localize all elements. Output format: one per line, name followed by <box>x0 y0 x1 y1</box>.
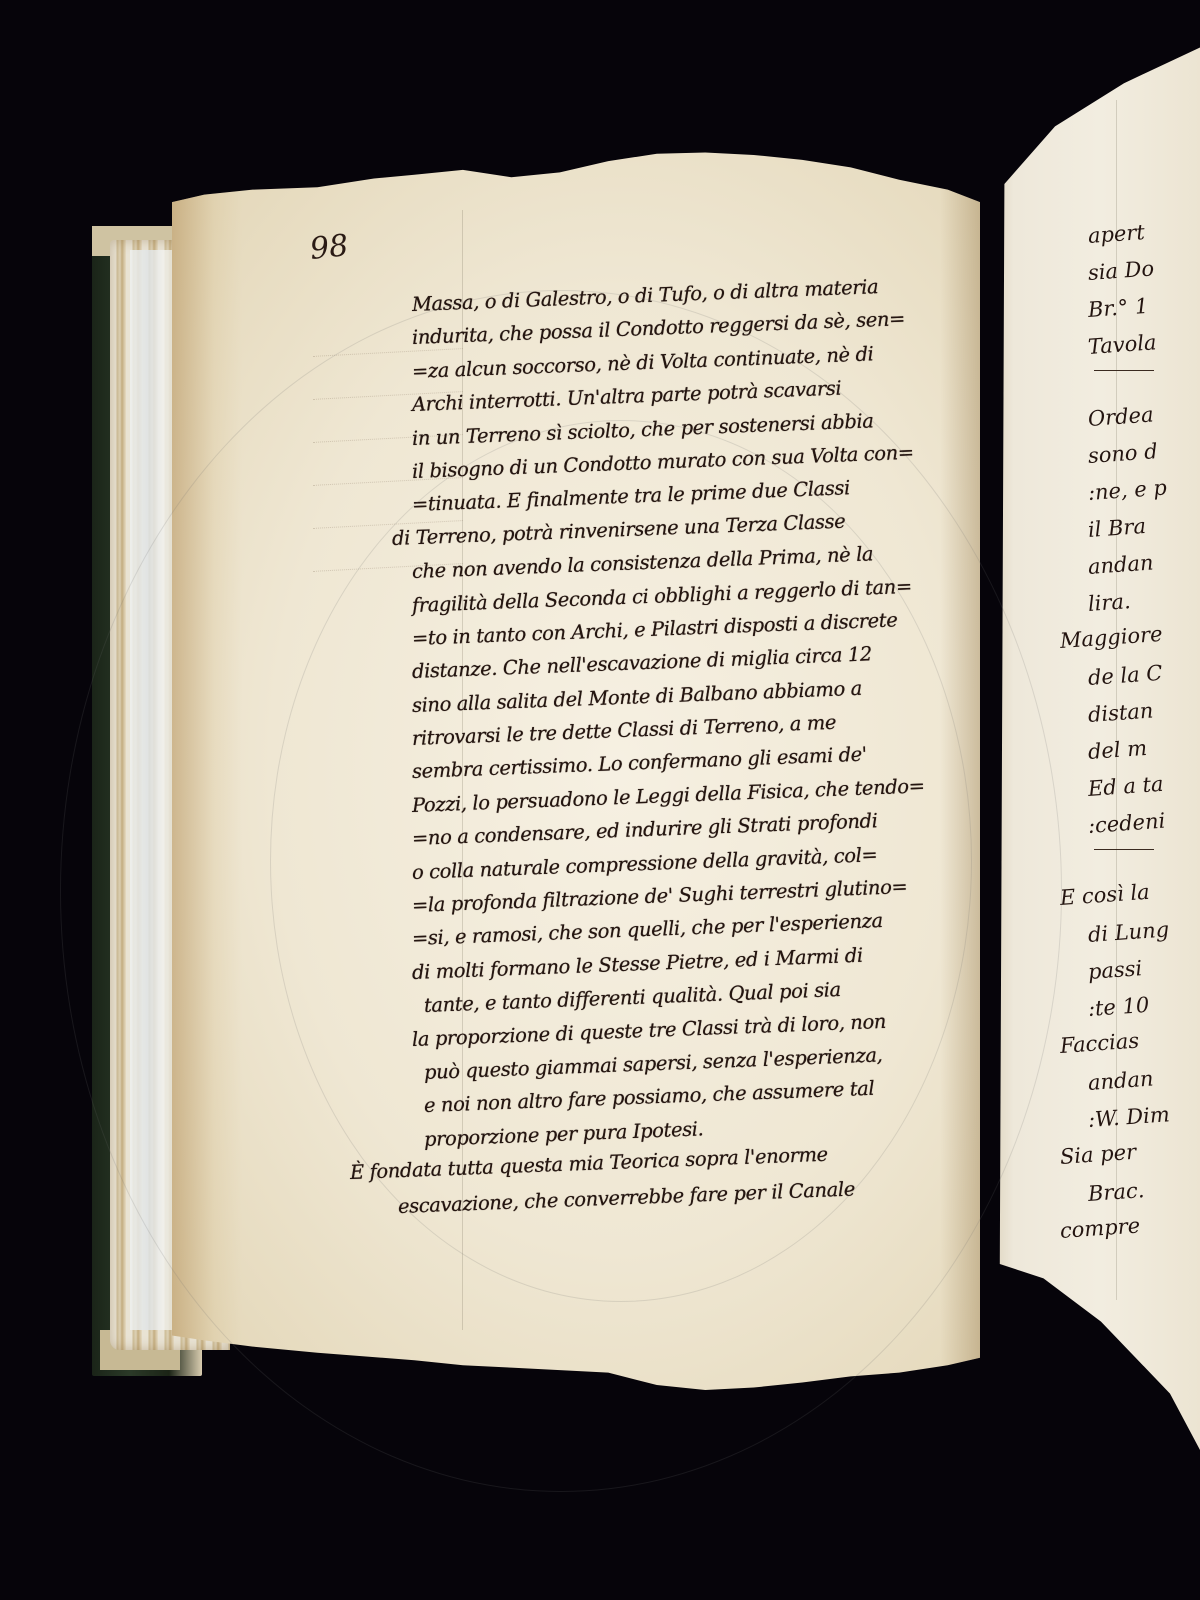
manuscript-page: 98 Massa, o di Galestro, o di Tufo, o di… <box>172 150 980 1390</box>
page-stack-highlight <box>130 250 178 1330</box>
folio-number: 98 <box>308 228 350 267</box>
facing-page-text: apert sia Do Br.° 1 Tavola Ordea sono d … <box>1070 218 1200 1250</box>
manuscript-text: Massa, o di Galestro, o di Tufo, o di al… <box>412 288 972 1223</box>
manuscript-photograph: apert sia Do Br.° 1 Tavola Ordea sono d … <box>0 0 1200 1600</box>
